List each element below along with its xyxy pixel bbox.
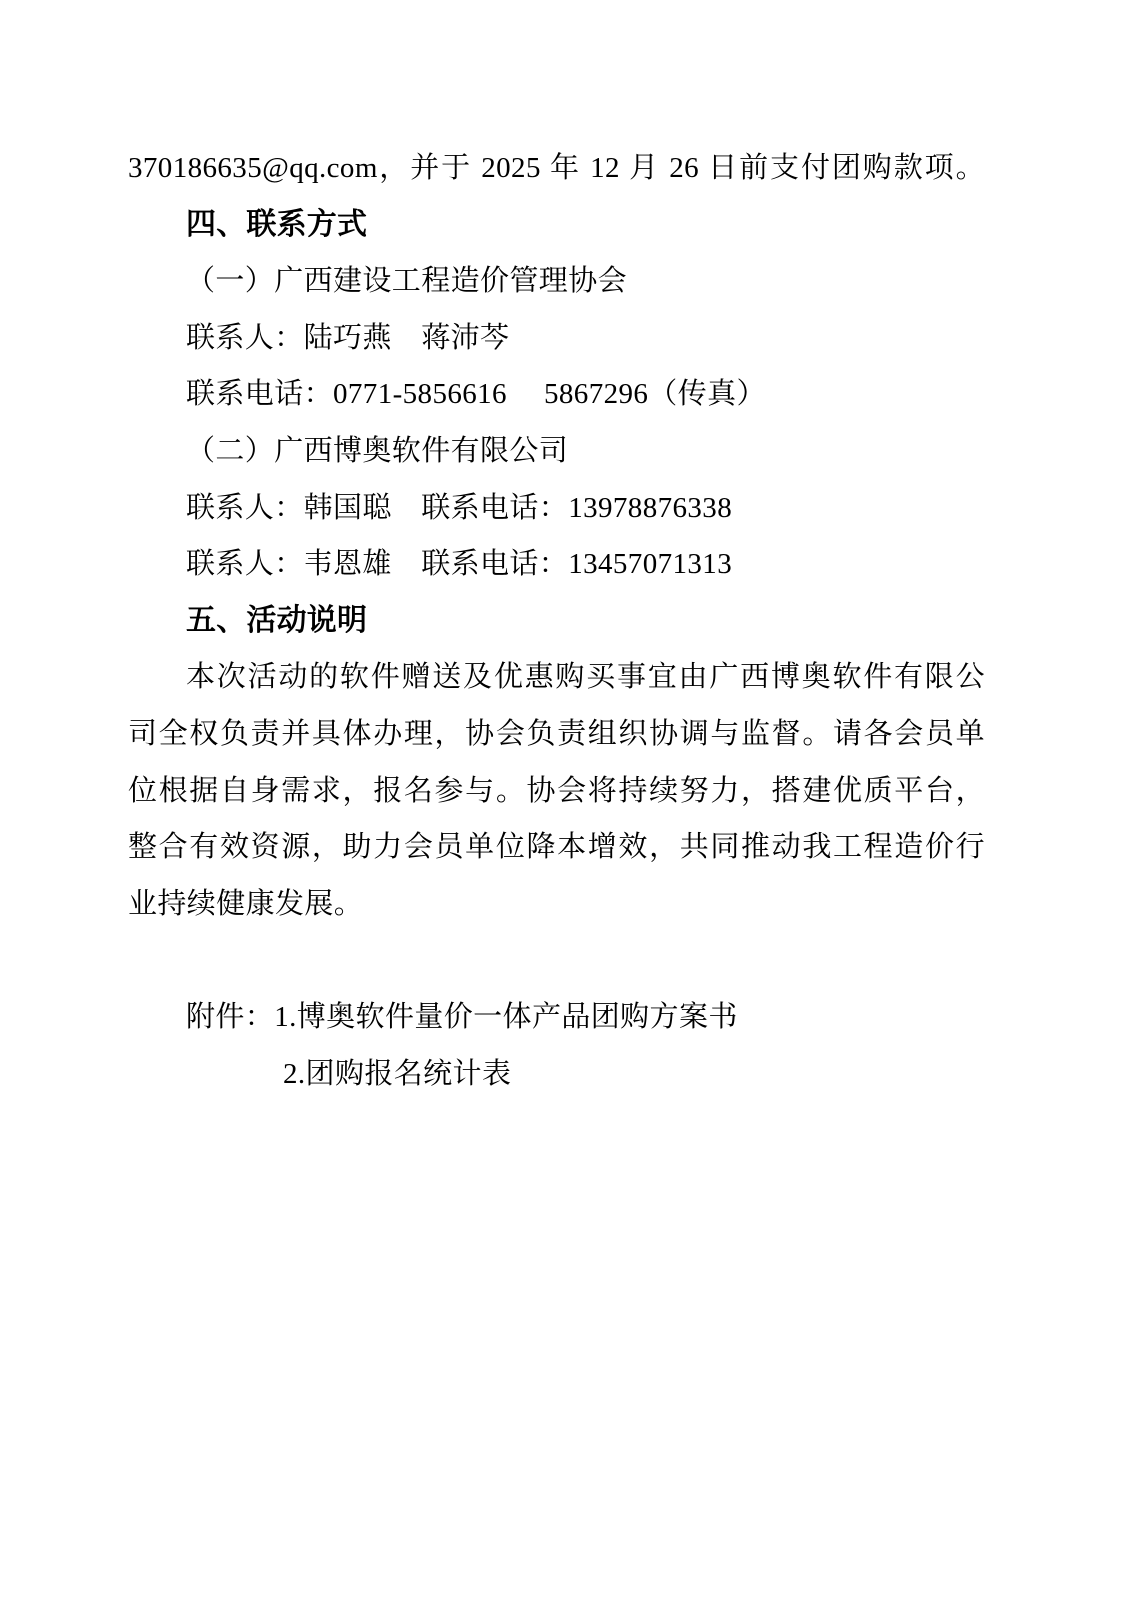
document-page: 370186635@qq.com，并于 2025 年 12 月 26 日前支付团… xyxy=(0,0,1131,1600)
blank-line xyxy=(128,932,985,989)
contact-person-2: 联系人：韩国聪 联系电话：13978876338 xyxy=(128,480,985,537)
para-activity-line-3: 位根据自身需求，报名参与。协会将持续努力，搭建优质平台， xyxy=(128,763,985,820)
attachment-line-2: 2.团购报名统计表 xyxy=(128,1046,985,1103)
heading-activity: 五、活动说明 xyxy=(128,593,985,650)
para-activity-line-2: 司全权负责并具体办理，协会负责组织协调与监督。请各会员单 xyxy=(128,706,985,763)
continuation-line: 370186635@qq.com，并于 2025 年 12 月 26 日前支付团… xyxy=(128,140,985,197)
para-activity-line-1: 本次活动的软件赠送及优惠购买事宜由广西博奥软件有限公 xyxy=(128,649,985,706)
contact-person-1: 联系人：陆巧燕 蒋沛芩 xyxy=(128,310,985,367)
contact-phone-1: 联系电话：0771-5856616 5867296（传真） xyxy=(128,366,985,423)
contact-person-3: 联系人：韦恩雄 联系电话：13457071313 xyxy=(128,536,985,593)
para-activity-line-4: 整合有效资源，助力会员单位降本增效，共同推动我工程造价行 xyxy=(128,819,985,876)
para-activity-line-5: 业持续健康发展。 xyxy=(128,876,985,933)
document-content: 370186635@qq.com，并于 2025 年 12 月 26 日前支付团… xyxy=(128,140,985,1102)
attachment-line-1: 附件：1.博奥软件量价一体产品团购方案书 xyxy=(128,989,985,1046)
contact-org-2: （二）广西博奥软件有限公司 xyxy=(128,423,985,480)
contact-org-1: （一）广西建设工程造价管理协会 xyxy=(128,253,985,310)
heading-contact: 四、联系方式 xyxy=(128,197,985,254)
